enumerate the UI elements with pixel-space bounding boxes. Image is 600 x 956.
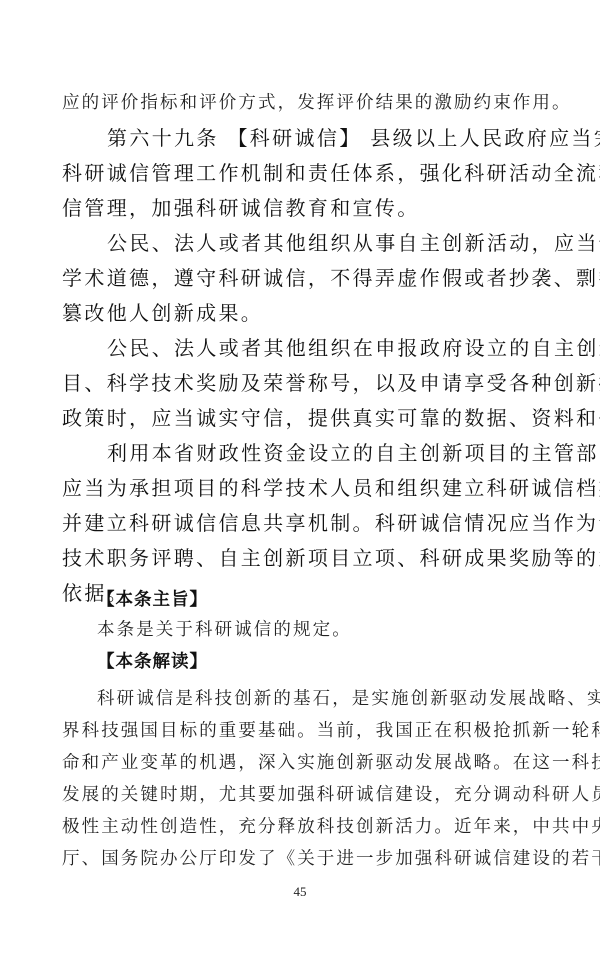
interpretation-line-5: 极性主动性创造性，充分释放科技创新活力。近年来，中共中央办公 — [62, 813, 600, 838]
article-69-line-3: 信管理，加强科研诚信教育和宣传。 — [62, 192, 420, 221]
article-69-line-1: 第六十九条 【科研诚信】 县级以上人民政府应当完善 — [107, 122, 600, 151]
document-page: 应的评价指标和评价方式，发挥评价结果的激励约束作用。 第六十九条 【科研诚信】 … — [0, 0, 600, 956]
paragraph-4-line-2: 应当为承担项目的科学技术人员和组织建立科研诚信档案， — [62, 472, 600, 501]
page-number: 45 — [0, 884, 600, 900]
interpretation-line-2: 界科技强国目标的重要基础。当前，我国正在积极抢抓新一轮科技革 — [62, 717, 600, 742]
interpretation-heading: 【本条解读】 — [97, 648, 208, 673]
paragraph-2-line-3: 篡改他人创新成果。 — [62, 297, 263, 326]
interpretation-line-3: 命和产业变革的机遇，深入实施创新驱动发展战略。在这一科技事业 — [62, 749, 600, 774]
paragraph-4-line-4: 技术职务评聘、自主创新项目立项、科研成果奖励等的重要 — [62, 542, 600, 571]
paragraph-4-line-3: 并建立科研诚信信息共享机制。科研诚信情况应当作为专业 — [62, 507, 600, 536]
purpose-heading: 【本条主旨】 — [97, 586, 208, 611]
paragraph-3-line-2: 目、科学技术奖励及荣誉称号，以及申请享受各种创新扶持 — [62, 367, 600, 396]
paragraph-3-line-1: 公民、法人或者其他组织在申报政府设立的自主创新项 — [107, 332, 600, 361]
paragraph-4-line-1: 利用本省财政性资金设立的自主创新项目的主管部门， — [107, 437, 600, 466]
continuation-line: 应的评价指标和评价方式，发挥评价结果的激励约束作用。 — [62, 89, 572, 114]
interpretation-line-4: 发展的关键时期，尤其要加强科研诚信建设，充分调动科研人员的积 — [62, 781, 600, 806]
paragraph-2-line-1: 公民、法人或者其他组织从事自主创新活动，应当恪守 — [107, 227, 600, 256]
paragraph-3-line-3: 政策时，应当诚实守信，提供真实可靠的数据、资料和信息。 — [62, 402, 600, 431]
interpretation-line-6: 厅、国务院办公厅印发了《关于进一步加强科研诚信建设的若干意 — [62, 845, 600, 870]
interpretation-line-1: 科研诚信是科技创新的基石，是实施创新驱动发展战略、实现世 — [97, 685, 600, 710]
article-69-line-2: 科研诚信管理工作机制和责任体系，强化科研活动全流程诚 — [62, 157, 600, 186]
purpose-text: 本条是关于科研诚信的规定。 — [97, 616, 352, 641]
paragraph-2-line-2: 学术道德，遵守科研诚信，不得弄虚作假或者抄袭、剽窃、 — [62, 262, 600, 291]
